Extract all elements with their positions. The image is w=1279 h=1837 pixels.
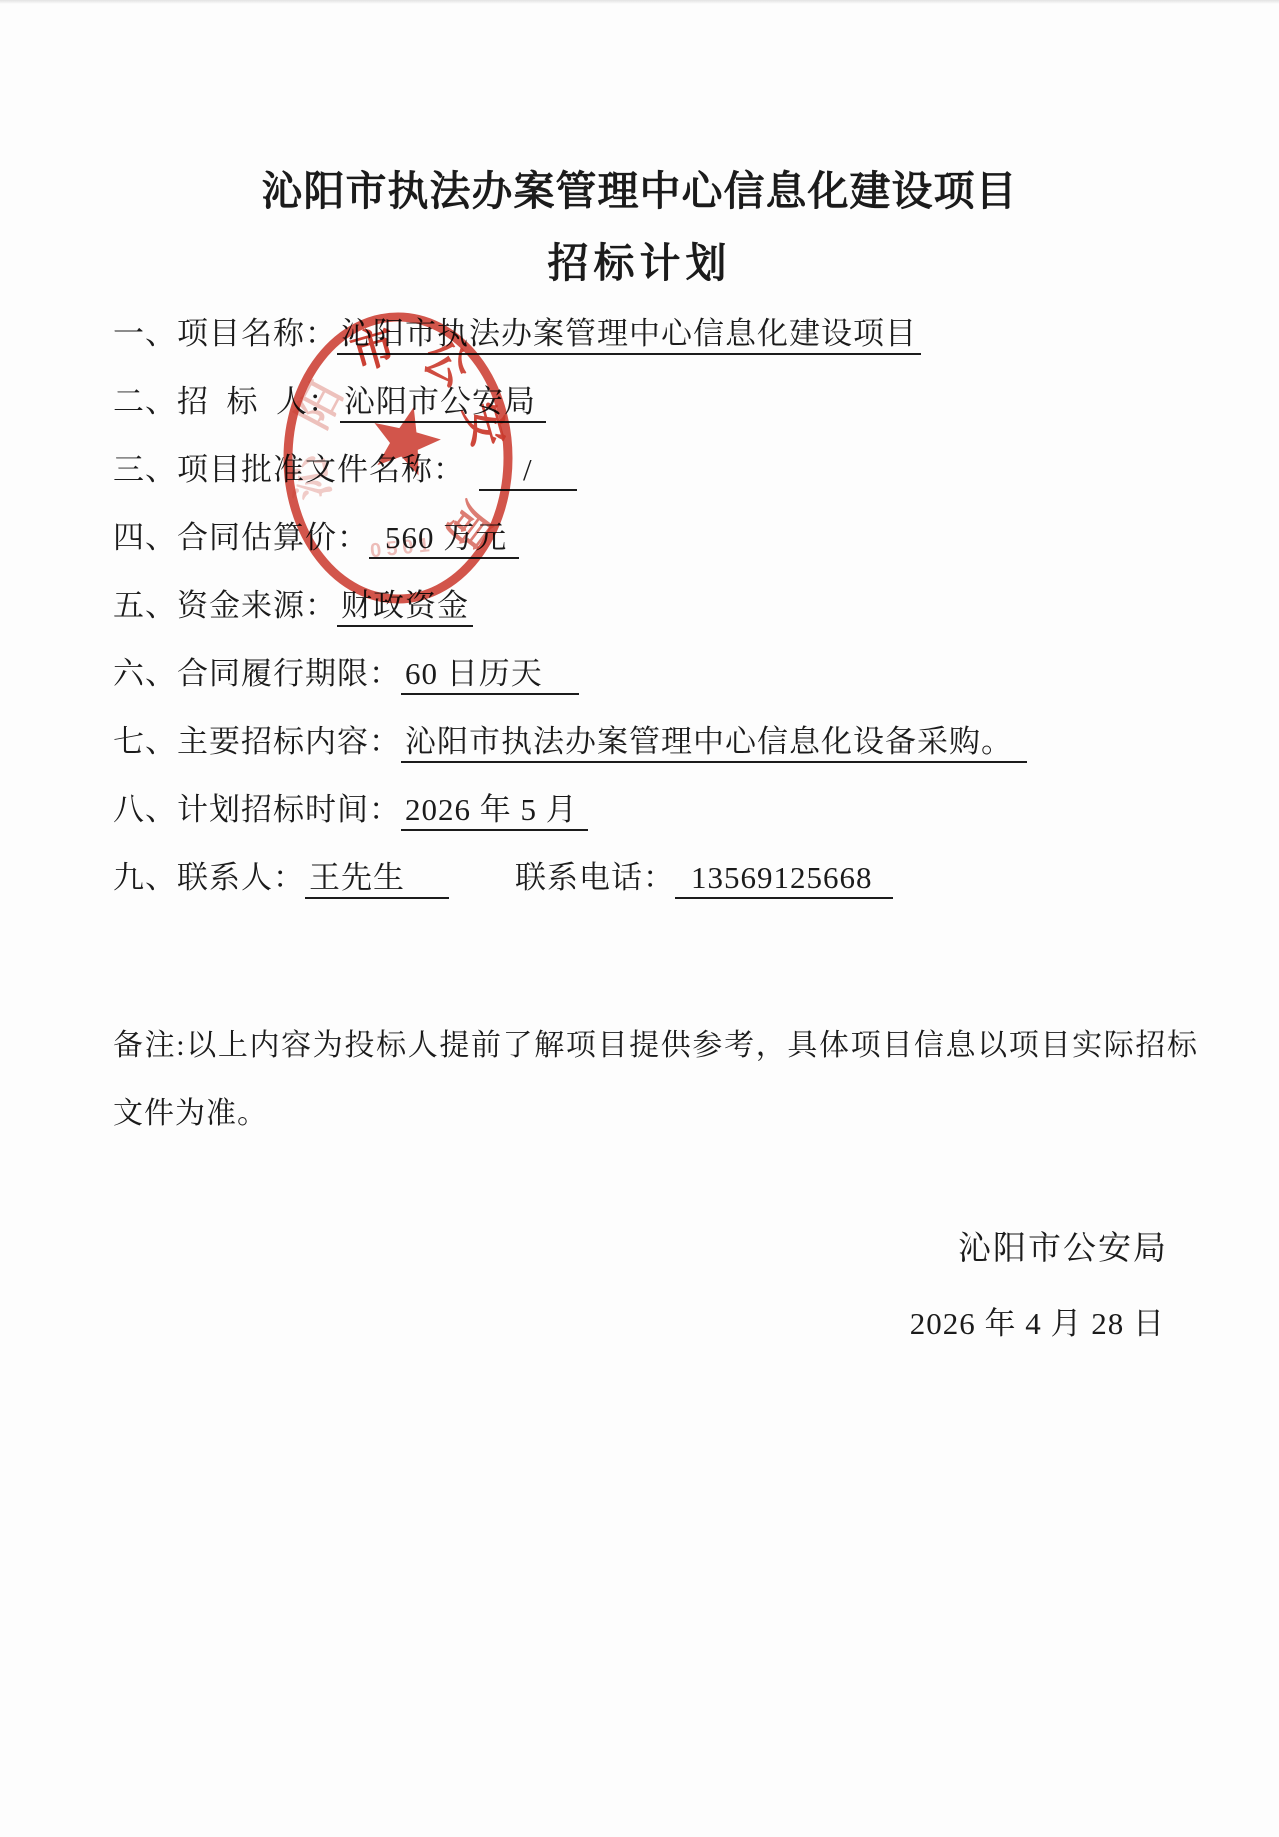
title-line-2: 招标计划 <box>0 238 1279 288</box>
seal-char: 市 <box>346 321 402 380</box>
scan-edge <box>0 0 1279 4</box>
seal-char: 公 <box>414 332 478 397</box>
item-label: 七、主要招标内容： <box>113 724 401 759</box>
list-item-7: 七、主要招标内容：沁阳市执法办案管理中心信息化设备采购。 <box>113 708 1189 776</box>
seal-star-icon <box>365 399 447 479</box>
seal-char: 阳 <box>288 374 352 436</box>
remark-paragraph: 备注:以上内容为投标人提前了解项目提供参考，具体项目信息以项目实际招标文件为准。 <box>113 1012 1198 1148</box>
title-line-1: 沁阳市执法办案管理中心信息化建设项目 <box>0 166 1279 216</box>
item-value: 王先生 <box>305 860 449 899</box>
document-page: 沁阳市执法办案管理中心信息化建设项目 招标计划 一、项目名称：沁阳市执法办案管理… <box>0 0 1279 1837</box>
item-label: 六、合同履行期限： <box>113 656 401 691</box>
list-item-6: 六、合同履行期限：60 日历天 <box>113 640 1189 708</box>
list-item-9: 九、联系人：王先生联系电话：13569125668 <box>113 844 1189 912</box>
signature-date: 2026 年 4 月 28 日 <box>910 1298 1165 1343</box>
item-label: 九、联系人： <box>113 860 305 895</box>
seal-char: 局 <box>435 493 501 558</box>
document-title: 沁阳市执法办案管理中心信息化建设项目 招标计划 <box>0 166 1279 288</box>
item-label: 八、计划招标时间： <box>113 792 401 827</box>
item-value: 沁阳市执法办案管理中心信息化设备采购。 <box>401 724 1027 763</box>
seal-code: 0501 <box>369 534 435 563</box>
list-item-8: 八、计划招标时间：2026 年 5 月 <box>113 776 1189 844</box>
official-seal-stamp: 沁 阳 市 公 安 局 0501 <box>256 301 540 615</box>
item-value: 2026 年 5 月 <box>401 792 588 831</box>
item-value-phone: 13569125668 <box>675 860 893 899</box>
item-value: 60 日历天 <box>401 656 579 695</box>
signature-organization: 沁阳市公安局 <box>958 1222 1168 1269</box>
item-label-phone: 联系电话： <box>515 860 675 895</box>
